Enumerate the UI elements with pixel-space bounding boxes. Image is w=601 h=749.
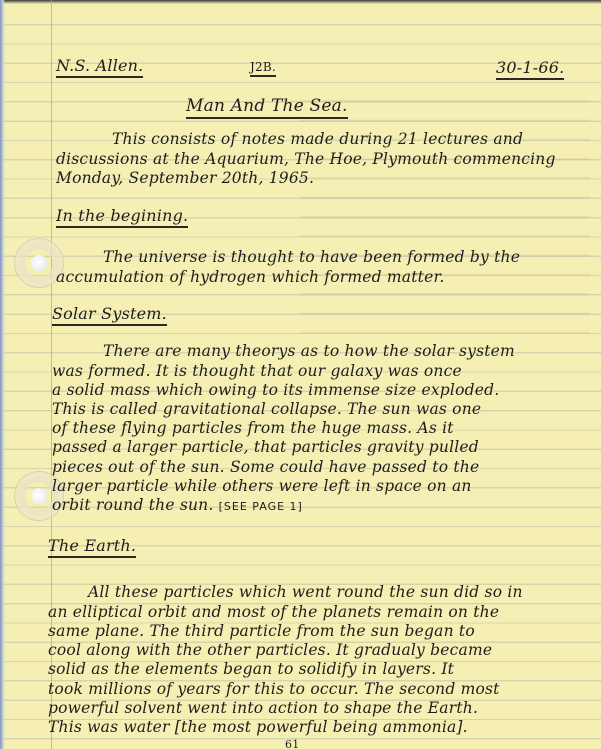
scan-top-edge <box>0 0 601 4</box>
body-line: This was water [the most powerful being … <box>48 718 468 736</box>
body-line-text: orbit round the sun. <box>52 496 214 514</box>
author-name: N.S. Allen. <box>56 56 143 78</box>
section-heading: In the begining. <box>56 206 188 228</box>
body-line: All these particles which went round the… <box>88 583 523 601</box>
section-heading: The Earth. <box>48 536 136 558</box>
page-number: 61 <box>285 738 299 749</box>
body-line: was formed. It is thought that our galax… <box>52 362 462 380</box>
intro-line: This consists of notes made during 21 le… <box>112 130 523 148</box>
notebook-page: N.S. Allen. J2B. 30-1-66. Man And The Se… <box>0 0 601 749</box>
section-heading: Solar System. <box>52 304 167 326</box>
body-line: an elliptical orbit and most of the plan… <box>48 603 499 621</box>
intro-line: discussions at the Aquarium, The Hoe, Pl… <box>56 150 556 168</box>
body-line: larger particle while others were left i… <box>52 477 472 495</box>
body-line: passed a larger particle, that particles… <box>52 438 479 456</box>
hole-icon <box>31 488 47 504</box>
page-reference-note: [SEE PAGE 1] <box>219 500 303 513</box>
class-code: J2B. <box>250 60 276 77</box>
body-line: accumulation of hydrogen which formed ma… <box>56 268 445 286</box>
intro-line: Monday, September 20th, 1965. <box>56 169 314 187</box>
body-line: same plane. The third particle from the … <box>48 622 475 640</box>
body-line: a solid mass which owing to its immense … <box>52 381 499 399</box>
body-line: This is called gravitational collapse. T… <box>52 400 481 418</box>
body-line: of these flying particles from the huge … <box>52 419 454 437</box>
hole-icon <box>31 255 47 271</box>
body-line: took millions of years for this to occur… <box>48 680 500 698</box>
show-through-text <box>300 90 590 350</box>
body-line: There are many theorys as to how the sol… <box>103 342 515 360</box>
scan-left-edge <box>0 0 5 749</box>
body-line: pieces out of the sun. Some could have p… <box>52 458 479 476</box>
body-line: solid as the elements began to solidify … <box>48 660 454 678</box>
body-line: orbit round the sun. [SEE PAGE 1] <box>52 496 303 514</box>
body-line: powerful solvent went into action to sha… <box>48 699 478 717</box>
page-title: Man And The Sea. <box>186 96 348 119</box>
body-line: The universe is thought to have been for… <box>103 248 520 266</box>
body-line: cool along with the other particles. It … <box>48 641 492 659</box>
date: 30-1-66. <box>496 58 564 80</box>
